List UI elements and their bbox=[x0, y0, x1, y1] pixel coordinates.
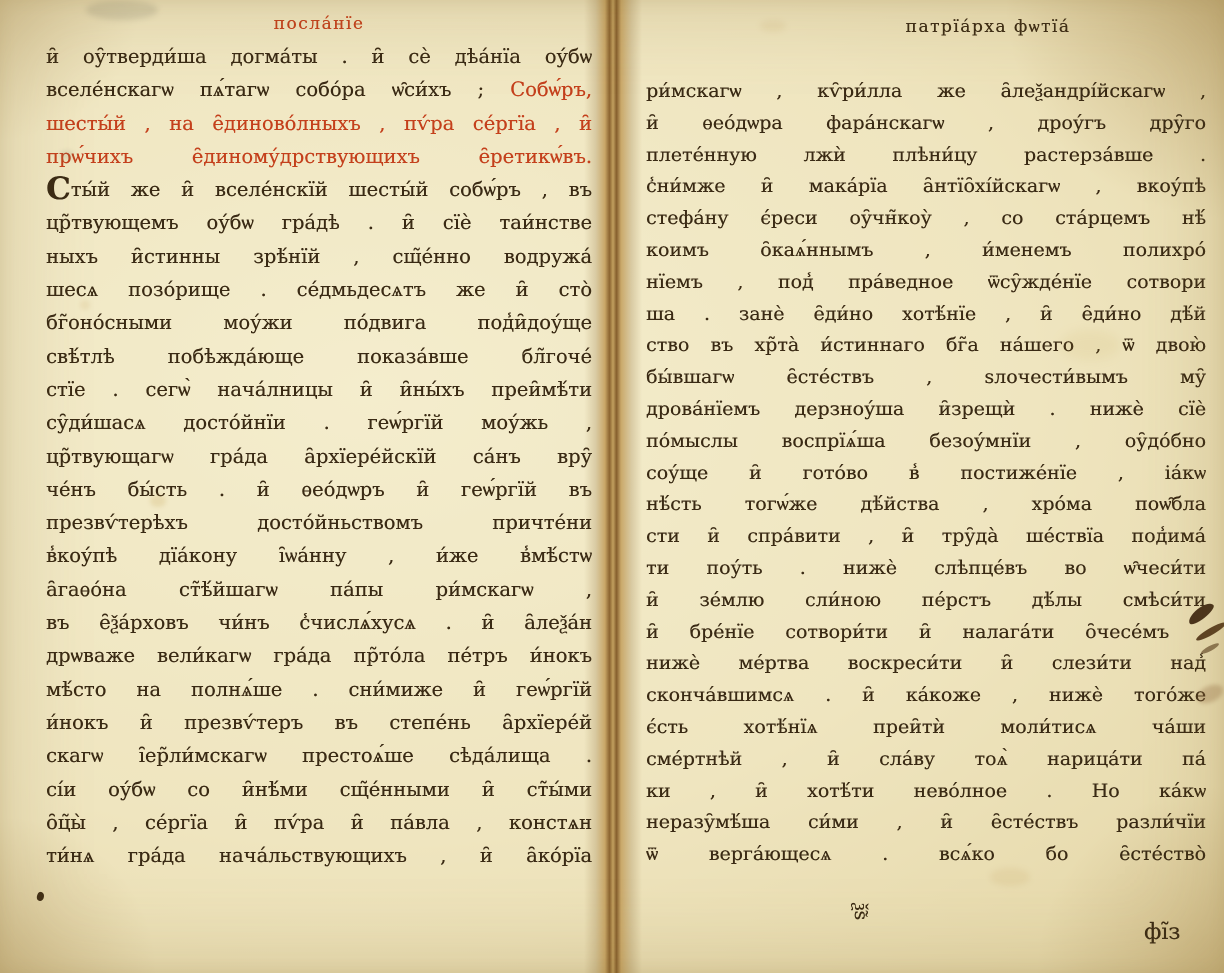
text-line: шесты́й , на е̑диново́лныхъ , пѵ́ра се́р… bbox=[46, 107, 592, 140]
left-text-column: и̑ оу̑тверди́ша догма́ты . и̑ сѐ дѣа́нїа… bbox=[46, 40, 592, 872]
text-line: цр̃твующемъ оу́бѡ гра́дѣ . и̑ сїѐ таи́нс… bbox=[46, 206, 592, 239]
text-line: сі́и оу́бѡ со и̑нѣ́ми сщ̃е́нными и̑ ст̃ы… bbox=[46, 773, 592, 806]
text-line: ша . занѐ е̑ди́но хотѣ́нїе , и̑ е̑ди́но … bbox=[646, 299, 1206, 331]
body-text: цр̃твующагѡ гра́да а̑рхїере́йскїй са́нъ … bbox=[46, 445, 592, 468]
body-text: ѿ верга́ющесѧ . всѧ́ко бо е̑сте́ство̀ bbox=[646, 843, 1206, 865]
body-text: су̑ди́шасѧ досто́йнїи . геѡ́ргїй моу́жь … bbox=[46, 411, 592, 434]
right-page-running-title: патрїа́рха фѡтїа́ bbox=[708, 17, 1224, 37]
body-text: неразу̑мѣ́ша си́ми , и̑ е̑сте́ствъ разли… bbox=[646, 811, 1206, 833]
text-line: и̑ оу̑тверди́ша догма́ты . и̑ сѐ дѣа́нїа… bbox=[46, 40, 592, 73]
text-line: а̑гаѳо́на ст̃ѣ́йшагѡ па́пы ри́мскагѡ , bbox=[46, 573, 592, 606]
body-text: є́сть хотѣ́нїѧ преи̑тѝ моли́тисѧ ча́ши bbox=[646, 716, 1206, 738]
body-text: бы́вшагѡ е̑сте́ствъ , ѕлочести́вымъ му̑ bbox=[646, 366, 1206, 388]
body-text: дрѡваже вели́кагѡ гра́да пр̃то́ла пе́тръ… bbox=[46, 644, 592, 667]
text-line: въ е̑ѯа́рховъ чи́нъ с̾числѧ́хусѧ . и̑ а̑… bbox=[46, 606, 592, 639]
text-line: мѣ́сто на полнѧ́ше . сни́миже и̑ геѡ́ргї… bbox=[46, 673, 592, 706]
text-line: ки , и̑ хотѣ́ти нево́лное . Но ка́кѡ bbox=[646, 776, 1206, 808]
text-line: су̑ди́шасѧ досто́йнїи . геѡ́ргїй моу́жь … bbox=[46, 406, 592, 439]
text-line: о̑ц̃ы̀ , се́ргїа и̑ пѵ́ра и̑ па́вла , ко… bbox=[46, 806, 592, 839]
left-text-lines: и̑ оу̑тверди́ша догма́ты . и̑ сѐ дѣа́нїа… bbox=[46, 40, 592, 872]
body-text: а̑гаѳо́на ст̃ѣ́йшагѡ па́пы ри́мскагѡ , bbox=[46, 578, 592, 601]
text-line: сконча́вшимсѧ . и̑ ка́коже , нижѐ того́ж… bbox=[646, 680, 1206, 712]
body-text: шесѧ позо́рище . се́дмьдесѧтъ же и̑ сто̀ bbox=[46, 278, 592, 301]
binding-gutter-fold bbox=[584, 0, 642, 973]
initial-letter: С bbox=[46, 171, 71, 207]
body-text: ти́нѧ гра́да нача́льствующихъ , и̑ а̑ко́… bbox=[46, 844, 592, 867]
text-line: Сты́й же и̑ вселе́нскїй шесты́й собѡ́ръ … bbox=[46, 173, 592, 206]
text-line: ство въ хр̃та̀ и́стиннаго бг̃а на́шего ,… bbox=[646, 330, 1206, 362]
text-line: неразу̑мѣ́ша си́ми , и̑ е̑сте́ствъ разли… bbox=[646, 807, 1206, 839]
text-line: дрѡваже вели́кагѡ гра́да пр̃то́ла пе́тръ… bbox=[46, 639, 592, 672]
text-line: с̾ни́мже и̑ мака́рїа а̑нтїо̑хі́йскагѡ , … bbox=[646, 171, 1206, 203]
text-line: сти и̑ спра́вити , и̑ тру̑да̀ ше́ствїа п… bbox=[646, 521, 1206, 553]
text-line: є́сть хотѣ́нїѧ преи̑тѝ моли́тисѧ ча́ши bbox=[646, 712, 1206, 744]
body-text: свѣ́тлѣ побѣжда́юще показа́вше бл̃гоче́ bbox=[46, 345, 592, 368]
body-text: нѣ́сть тогѡ́же дѣ́йства , хро́ма поѡ̑бла bbox=[646, 493, 1206, 515]
body-text: сме́ртнѣй , и̑ сла́ву тоѧ̀ нарица́ти па́ bbox=[646, 748, 1206, 770]
body-text: ша . занѐ е̑ди́но хотѣ́нїе , и̑ е̑ди́но … bbox=[646, 303, 1206, 325]
right-text-lines: ри́мскагѡ , кѵ̑ри́лла же а̑леѯандрі́йска… bbox=[646, 76, 1206, 871]
body-text: че́нъ бы́сть . и̑ ѳео́дѡръ и̑ геѡ́ргїй в… bbox=[46, 478, 592, 501]
body-text: дрова́нїемъ дерзноу́ша и̑зрещѝ . нижѐ сї… bbox=[646, 398, 1206, 420]
body-text: нїемъ , под̾ пра́ведное ѿсу̑жде́нїе сотв… bbox=[646, 271, 1206, 293]
body-text: и̑ ѳео́дѡра фара́нскагѡ , дроу́гъ дру̑го bbox=[646, 112, 1206, 134]
text-line: нижѐ ме́ртва воскреси́ти и̑ слези́ти над… bbox=[646, 648, 1206, 680]
text-line: сме́ртнѣй , и̑ сла́ву тоѧ̀ нарица́ти па́ bbox=[646, 744, 1206, 776]
body-text: сконча́вшимсѧ . и̑ ка́коже , нижѐ того́ж… bbox=[646, 684, 1206, 706]
text-line: свѣ́тлѣ побѣжда́юще показа́вше бл̃гоче́ bbox=[46, 340, 592, 373]
text-line: нѣ́сть тогѡ́же дѣ́йства , хро́ма поѡ̑бла bbox=[646, 489, 1206, 521]
text-line: ѿ верга́ющесѧ . всѧ́ко бо е̑сте́ство̀ bbox=[646, 839, 1206, 871]
body-text: и́нокъ и̑ презвѵ́теръ въ степе́нь а̑рхїе… bbox=[46, 711, 592, 734]
text-line: и̑ ѳео́дѡра фара́нскагѡ , дроу́гъ дру̑го bbox=[646, 108, 1206, 140]
text-line: скагѡ і̑ер̃ли́мскагѡ престоѧ́ше сѣда́лищ… bbox=[46, 739, 592, 772]
text-line: и̑ зе́млю сли́ною пе́рстъ дѣ́лы смѣси́ти bbox=[646, 585, 1206, 617]
cyrillic-folio-number: фі̃з bbox=[1144, 920, 1180, 945]
text-line: и̑ бре́нїе сотвори́ти и̑ налага́ти о̑чес… bbox=[646, 617, 1206, 649]
body-text: вселе́нскагѡ пѧ́тагѡ собо́ра ѡ̑си́хъ ; bbox=[46, 78, 484, 101]
body-text: соу́ще и̑ гото́во в̾ постиже́нїе , іа́кѡ bbox=[646, 462, 1206, 484]
body-text: с̾ни́мже и̑ мака́рїа а̑нтїо̑хі́йскагѡ , … bbox=[646, 175, 1206, 197]
body-text: мѣ́сто на полнѧ́ше . сни́миже и̑ геѡ́ргї… bbox=[46, 678, 592, 701]
body-text: сі́и оу́бѡ со и̑нѣ́ми сщ̃е́нными и̑ ст̃ы… bbox=[46, 778, 592, 801]
text-line: шесѧ позо́рище . се́дмьдесѧтъ же и̑ сто̀ bbox=[46, 273, 592, 306]
body-text: коимъ о̑каѧ́ннымъ , и́менемъ полихро́ bbox=[646, 239, 1206, 261]
body-text: ство въ хр̃та̀ и́стиннаго бг̃а на́шего ,… bbox=[646, 334, 1206, 356]
text-line: ти́нѧ гра́да нача́льствующихъ , и̑ а̑ко́… bbox=[46, 839, 592, 872]
text-line: ти поу́ть . нижѐ слѣпце́въ во ѡ̑чеси́ти bbox=[646, 553, 1206, 585]
body-text: и̑ бре́нїе сотвори́ти и̑ налага́ти о̑чес… bbox=[646, 621, 1206, 643]
body-text: скагѡ і̑ер̃ли́мскагѡ престоѧ́ше сѣда́лищ… bbox=[46, 744, 592, 767]
body-text: бг̃оно́сными моу́жи по́двига под̾и̑доу́щ… bbox=[46, 311, 592, 334]
body-text: цр̃твующемъ оу́бѡ гра́дѣ . и̑ сїѐ таи́нс… bbox=[46, 211, 592, 234]
text-line: в̾коу́пѣ дїа́кону і̑ѡа́нну , и́же в̾мѣ́с… bbox=[46, 539, 592, 572]
text-line: коимъ о̑каѧ́ннымъ , и́менемъ полихро́ bbox=[646, 235, 1206, 267]
text-line: стефа́ну є́реси оу̑чн̃коу̀ , со ста́рцем… bbox=[646, 203, 1206, 235]
text-line: и́нокъ и̑ презвѵ́теръ въ степе́нь а̑рхїе… bbox=[46, 706, 592, 739]
body-text: стїе . сегѡ̀ нача́лницы и̑ и̑ны́хъ преи̑… bbox=[46, 378, 592, 401]
body-text: ки , и̑ хотѣ́ти нево́лное . Но ка́кѡ bbox=[646, 780, 1206, 802]
body-text: сти и̑ спра́вити , и̑ тру̑да̀ ше́ствїа п… bbox=[646, 525, 1206, 547]
text-line: че́нъ бы́сть . и̑ ѳео́дѡръ и̑ геѡ́ргїй в… bbox=[46, 473, 592, 506]
body-text: плете́нную лжѝ плѣни́цу растерза́вше . bbox=[646, 144, 1206, 166]
body-text: стефа́ну є́реси оу̑чн̃коу̀ , со ста́рцем… bbox=[646, 207, 1206, 229]
text-line: ныхъ и̑стинны зрѣ́нїй , сщ̃е́нно водружа… bbox=[46, 240, 592, 273]
body-text: въ е̑ѯа́рховъ чи́нъ с̾числѧ́хусѧ . и̑ а̑… bbox=[46, 611, 592, 634]
body-text: ты́й же и̑ вселе́нскїй шесты́й собѡ́ръ ,… bbox=[71, 178, 592, 201]
text-line: бг̃оно́сными моу́жи по́двига под̾и̑доу́щ… bbox=[46, 306, 592, 339]
book-scan-background: посла́нїе и̑ оу̑тверди́ша догма́ты . и̑ … bbox=[0, 0, 1224, 973]
text-line: соу́ще и̑ гото́во в̾ постиже́нїе , іа́кѡ bbox=[646, 458, 1206, 490]
text-line: ри́мскагѡ , кѵ̑ри́лла же а̑леѯандрі́йска… bbox=[646, 76, 1206, 108]
text-line: по́мыслы воспрїѧ́ша безоу́мнїи , оу̑до́б… bbox=[646, 426, 1206, 458]
text-line: бы́вшагѡ е̑сте́ствъ , ѕлочести́вымъ му̑ bbox=[646, 362, 1206, 394]
text-line: нїемъ , под̾ пра́ведное ѿсу̑жде́нїе сотв… bbox=[646, 267, 1206, 299]
body-text: и̑ оу̑тверди́ша догма́ты . и̑ сѐ дѣа́нїа… bbox=[46, 45, 592, 68]
right-text-column: ри́мскагѡ , кѵ̑ри́лла же а̑леѯандрі́йска… bbox=[646, 76, 1206, 871]
text-line: прѡ́чихъ е̑диному́дрствующихъ е̑ретикѡ́в… bbox=[46, 140, 592, 173]
body-text: ныхъ и̑стинны зрѣ́нїй , сщ̃е́нно водружа… bbox=[46, 245, 592, 268]
body-text: презвѵ́терѣхъ досто́йньствомъ причте́ни bbox=[46, 511, 592, 534]
body-text: по́мыслы воспрїѧ́ша безоу́мнїи , оу̑до́б… bbox=[646, 430, 1206, 452]
body-text: о̑ц̃ы̀ , се́ргїа и̑ пѵ́ра и̑ па́вла , ко… bbox=[46, 811, 592, 834]
body-text: ти поу́ть . нижѐ слѣпце́въ во ѡ̑чеси́ти bbox=[646, 557, 1206, 579]
text-line: цр̃твующагѡ гра́да а̑рхїере́йскїй са́нъ … bbox=[46, 440, 592, 473]
left-page-running-title: посла́нїе bbox=[46, 14, 592, 34]
text-line: стїе . сегѡ̀ нача́лницы и̑ и̑ны́хъ преи̑… bbox=[46, 373, 592, 406]
text-line: плете́нную лжѝ плѣни́цу растерза́вше . bbox=[646, 140, 1206, 172]
rubric-text: прѡ́чихъ е̑диному́дрствующихъ е̑ретикѡ́в… bbox=[46, 145, 592, 168]
rubric-text: шесты́й , на е̑диново́лныхъ , пѵ́ра се́р… bbox=[46, 112, 592, 135]
text-line: вселе́нскагѡ пѧ́тагѡ собо́ра ѡ̑си́хъ ; С… bbox=[46, 73, 592, 106]
body-text: и̑ зе́млю сли́ною пе́рстъ дѣ́лы смѣси́ти bbox=[646, 589, 1206, 611]
quire-signature-mark: ѯ̃ѕ bbox=[849, 903, 872, 920]
body-text: ри́мскагѡ , кѵ̑ри́лла же а̑леѯандрі́йска… bbox=[646, 80, 1206, 102]
ink-speck bbox=[36, 891, 46, 902]
rubric-text: Собѡ́ръ, bbox=[484, 78, 592, 101]
text-line: презвѵ́терѣхъ досто́йньствомъ причте́ни bbox=[46, 506, 592, 539]
text-line: дрова́нїемъ дерзноу́ша и̑зрещѝ . нижѐ сї… bbox=[646, 394, 1206, 426]
body-text: в̾коу́пѣ дїа́кону і̑ѡа́нну , и́же в̾мѣ́с… bbox=[46, 544, 592, 567]
body-text: нижѐ ме́ртва воскреси́ти и̑ слези́ти над… bbox=[646, 652, 1206, 674]
